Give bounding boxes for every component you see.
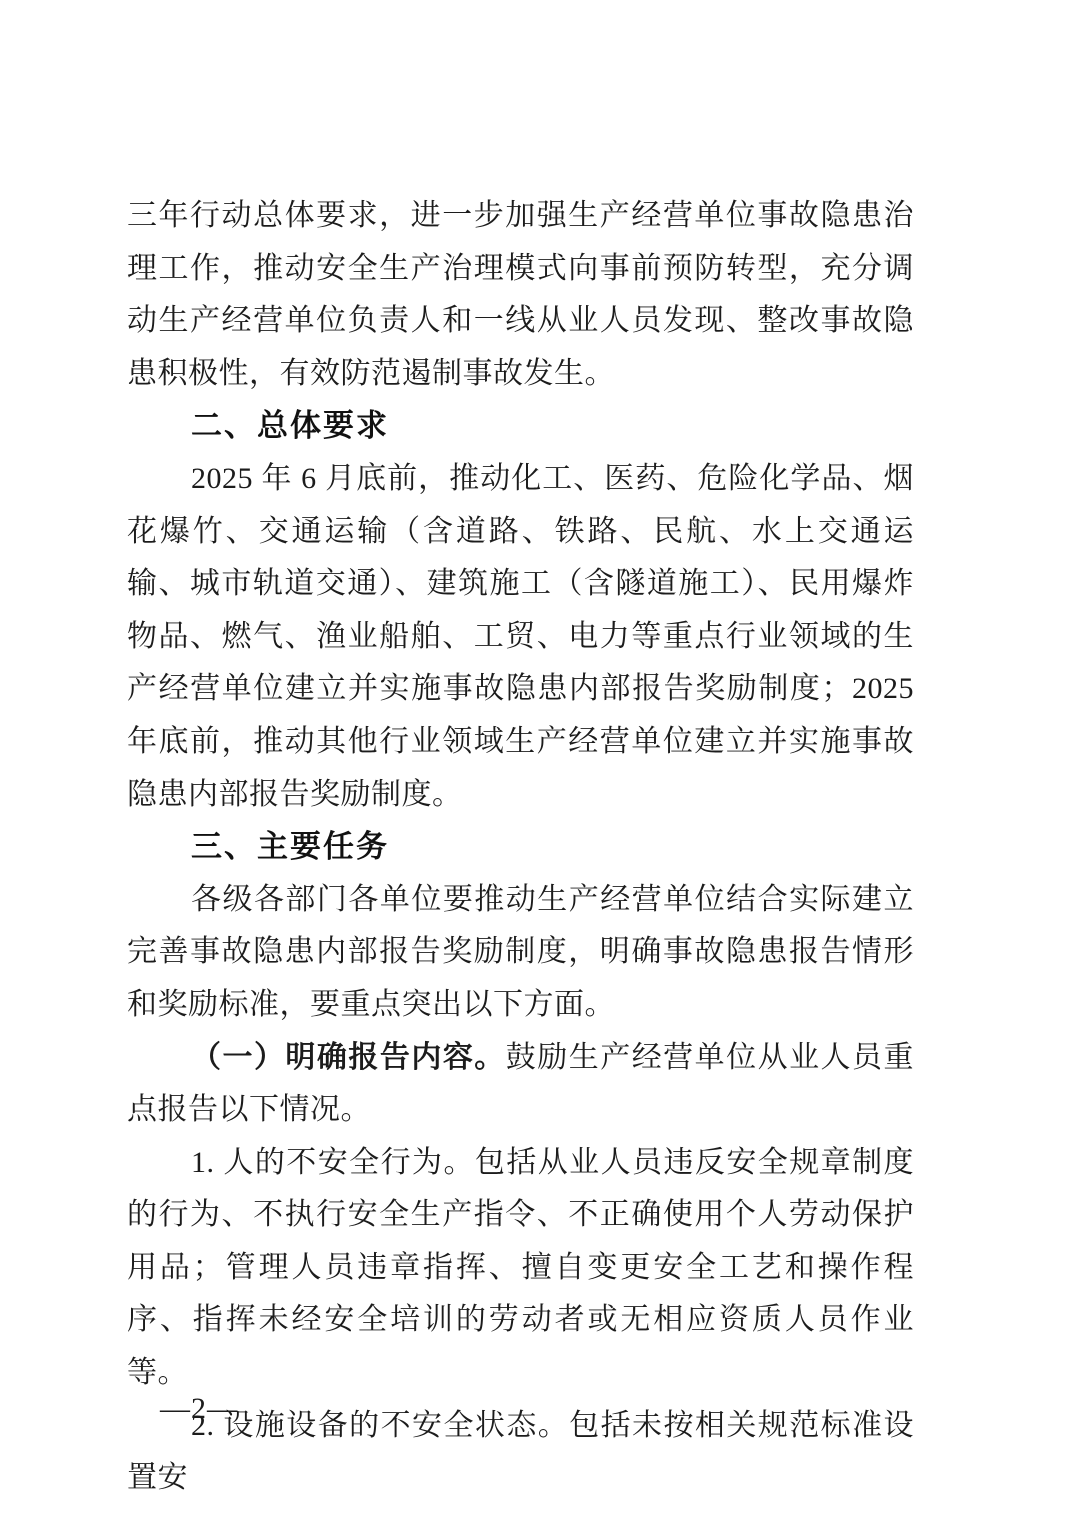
paragraph-report-content: （一）明确报告内容。鼓励生产经营单位从业人员重点报告以下情况。 <box>127 1032 914 1137</box>
paragraph-item1-unsafe-behavior: 1. 人的不安全行为。包括从业人员违反安全规章制度的行为、不执行安全生产指令、不… <box>127 1137 914 1400</box>
document-page: 三年行动总体要求，进一步加强生产经营单位事故隐患治理工作，推动安全生产治理模式向… <box>0 0 1074 1520</box>
paragraph-main-tasks-intro: 各级各部门各单位要推动生产经营单位结合实际建立完善事故隐患内部报告奖励制度，明确… <box>127 874 914 1032</box>
page-number: —2— <box>160 1392 238 1426</box>
section-heading-main-tasks: 三、主要任务 <box>127 821 914 874</box>
section-heading-overall-requirements: 二、总体要求 <box>127 400 914 453</box>
report-content-lead-bold: （一）明确报告内容。 <box>191 1041 506 1074</box>
paragraph-overall-requirements: 2025 年 6 月底前，推动化工、医药、危险化学品、烟花爆竹、交通运输（含道路… <box>127 453 914 821</box>
paragraph-continuation: 三年行动总体要求，进一步加强生产经营单位事故隐患治理工作，推动安全生产治理模式向… <box>127 190 914 400</box>
paragraph-item2-unsafe-state: 2. 设施设备的不安全状态。包括未按相关规范标准设置安 <box>127 1400 914 1505</box>
document-body: 三年行动总体要求，进一步加强生产经营单位事故隐患治理工作，推动安全生产治理模式向… <box>127 190 914 1505</box>
